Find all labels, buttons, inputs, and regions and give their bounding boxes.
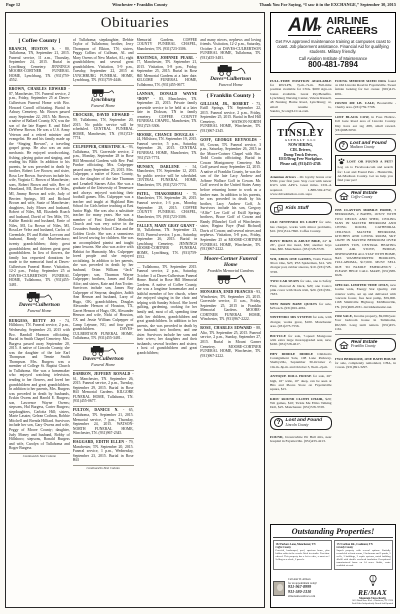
header-right: Thank You For Saying, “I saw it in the E… (259, 2, 396, 7)
obituary-haggard: HAGGARD, EDITH ELLEN - 79, Manchester, T… (73, 439, 134, 466)
page-number: Page 12 (6, 2, 20, 7)
obituary-burgess-continued: of Tullahoma; stepdaughter, Debbie Taylo… (73, 36, 134, 86)
daves-culbertson-logo: Daves=Culbertson Funeral Home (9, 290, 70, 317)
lost-and-found-madison-badge: ? Lost and FoundMadison County (335, 138, 397, 152)
obituary-moore: MOORE, CHANCE DOUGLAS - 24, Hillsboro, T… (137, 131, 198, 163)
airline-careers-ad: AM✈ AIRLINE CAREERS Get FAA approved mai… (270, 12, 396, 73)
classified-found-calf: FOUND 400 LB. CALF, Booneville - Charity… (335, 99, 397, 113)
obituary-branch: BRANCH, HUSTON S. - 80, Tullahoma, TN, S… (9, 45, 70, 86)
lost-or-found-pet-box: LOST OR FOUND A PET? Log on to Facebook.… (335, 155, 397, 186)
classified-nintendo-ds: OLD NINTENDO DS LIGHT for sale, has char… (270, 218, 332, 236)
carriage-icon (214, 65, 248, 76)
obituary-burgess: BURGESS, BETTY JO - 74, Hillsboro, TN. F… (9, 317, 70, 453)
obituary-patel: PATEL, THAKORBHAI - 70, Manchester, TN. … (137, 190, 198, 222)
obituary-lannan: LANNAN, DONALD WAYNE “DON” - 83, Manches… (137, 90, 198, 131)
obituary-hastings: HASTINGS, JOHNNIE PEARL - 77, Manchester… (137, 54, 198, 90)
carriage-icon (90, 88, 116, 97)
classifieds-right-column: YOUNG MEDIUM SIZED DOG found on Old Linc… (335, 77, 397, 522)
lynchburg-funeral-home-logo: Lynchburg Funeral Home (73, 86, 134, 112)
obituaries-columns: [ Coffee County ] BRANCH, HUSTON S. - 80… (9, 36, 261, 602)
obituary-haggard-continued: Memorial Gardens. COFFEE COUNTY FUNERAL … (137, 36, 198, 54)
classified-kids-chair: KIDS' ROUND CLOTH CHAIR, $20; Wii games,… (270, 395, 332, 413)
property-listing-2: 172 Carlton Rd., Coalmont, TN Grundy Cou… (334, 540, 393, 569)
continued-note-col1: Continued In Next Column (9, 454, 70, 459)
franklin-county-header: { Franklin County } (200, 93, 261, 99)
classified-fulltime-position: FULL-TIME POSITION AVAILABLE for RN/LPN,… (270, 77, 332, 117)
classified-doll-house: ANTIQUE DOLL HOUSE for sale, 26″ high, 1… (270, 372, 332, 395)
classified-hey-diddle-diddle: HEY DIDDLE DIDDLE Children's Consignment… (270, 350, 332, 373)
question-icon: ? (339, 141, 348, 150)
paw-icon (338, 158, 345, 165)
obituary-goff: GOFF, GEORGE REYNOLDS - 60, Cowan, TN. F… (200, 137, 261, 255)
classified-baby-quilts: NEW BORN BABY QUILTS for sale, $25/each.… (270, 300, 332, 314)
obituary-partially-legible: — Tullahoma, TN. September 2015. Funeral… (137, 263, 198, 357)
continued-note-col2: Continued In Next Column (73, 466, 134, 471)
obituaries-column-4: and many nieces, nephews and loving frie… (200, 36, 261, 602)
classifieds-area: FULL-TIME POSITION AVAILABLE for RN/LPN,… (270, 77, 396, 522)
daves-culbertson-logo: Daves=Culbertson Funeral Home (200, 63, 261, 91)
coffee-county-header: [ Coffee County ] (9, 38, 70, 44)
classified-car-seats: TWO CAR SEATS for sale, one is Safety Fi… (270, 277, 332, 300)
obituary-culpepper: CULPEPPER, CHRISTINE A. - 93, Tullahoma,… (73, 144, 134, 344)
obituary-crocker: CROCKER, DAVID EDWARD - 59, Tullahoma, T… (73, 112, 134, 144)
moore-cortner-logo: Moore-Cortner Funeral Home Franklin Memo… (200, 255, 261, 289)
classified-bicycle: BICYCLE for sale, 7-speed Mongoose with … (270, 332, 332, 350)
am-logo: AM✈ (288, 17, 321, 36)
lost-and-found-lincoln-badge: ? Lost and FoundLincoln County (270, 416, 332, 430)
carriage-icon (24, 292, 54, 302)
obituary-fulton: FULTON, DANICE N. - 65, Tullahoma, TN. S… (73, 407, 134, 439)
obituary-gilliam: GILLIAM, JR., ROBERT - 73, Estill Spring… (200, 100, 261, 136)
page-header: Page 12 Winchester • Franklin County Tha… (6, 2, 396, 7)
classified-lost-cow: LOST BLACK COW, in Foss Hollow-Toll Gate… (335, 113, 397, 136)
carriage-icon (215, 273, 247, 284)
plane-icon: ✈ (314, 24, 323, 33)
question-icon: ? (274, 418, 283, 427)
obituaries-column-1: [ Coffee County ] BRANCH, HUSTON S. - 80… (9, 36, 70, 602)
balloon-icon (369, 575, 377, 586)
house-icon (339, 192, 349, 200)
daves-culbertson-logo: Daves=Culbertson Funeral Home (73, 344, 134, 371)
classified-found-pitbull: FOUND, brown/white Pit Bull mix, near ho… (270, 433, 332, 446)
obituaries-column-3: Memorial Gardens. COFFEE COUNTY FUNERAL … (137, 36, 198, 602)
property-listing-1: 192 Parkers Lane, Manchester, TN Coffee … (273, 540, 332, 569)
airline-ad-phone: 800-481-7894 (273, 61, 393, 69)
right-rail: AM✈ AIRLINE CAREERS Get FAA approved mai… (270, 12, 396, 608)
classified-found-dog: YOUNG MEDIUM SIZED DOG found on Old Linc… (335, 77, 397, 100)
obituary-partially-legible-continued: and many nieces, nephews and loving frie… (200, 36, 261, 63)
obituaries-title: Obituaries (9, 15, 261, 34)
remax-brand: RE/MAX Mountain Views Realty 1410 Dinah … (352, 572, 393, 605)
obituary-talley: TALLEY, MARY GRAY GRANT - 58, Tullahoma,… (137, 222, 198, 263)
kids-stuff-badge: Kids Stuff (270, 202, 332, 215)
obituaries-box: Obituaries [ Coffee County ] BRANCH, HUS… (5, 12, 265, 608)
classifieds-left-column: FULL-TIME POSITION AVAILABLE for RN/LPN,… (270, 77, 332, 522)
outstanding-properties-ad: Outstanding Properties! 192 Parkers Lane… (270, 524, 396, 608)
classified-income-property: FOR SALE, Income property, $9,000/year. … (335, 312, 397, 335)
airline-ad-body: Get FAA approved maintenance training at… (273, 39, 393, 55)
agent-website: allisonann.realtracs.com (288, 595, 317, 598)
classified-attention-drivers: Attention drivers - 2K loyalty bonus ove… (270, 173, 332, 200)
classified-special-double-wide: SPECIAL LIMITED TIME ONLY, new double wi… (335, 281, 397, 312)
tinsley-ad-body: NOW HIRING, CDL Drivers, Dump Truck Driv… (272, 143, 330, 167)
obituaries-column-2: of Tullahoma; stepdaughter, Debbie Taylo… (73, 36, 134, 602)
classified-nintendo-3ds: NINTENDO 3DS SYSTEM for sale, with charg… (270, 313, 332, 331)
obituary-rose: ROSE, CHARLES EDWARD - 88, Alto, TN. Sep… (200, 325, 261, 360)
tinsley-asphalt-ad: TINSLEY ASPHALT LLC NOW HIRING, CDL Driv… (270, 119, 332, 171)
obituary-damron: DAMRON, JEFFERY RONALD - 61, Manchester,… (73, 371, 134, 407)
real-estate-franklin-badge: Real EstateFranklin County (335, 338, 397, 352)
header-center: Winchester • Franklin County (112, 2, 167, 7)
airline-careers-title: AIRLINE CAREERS (326, 16, 377, 37)
obituary-brown: BROWN, CHARLES EDWARD - 87, Manchester, … (9, 86, 70, 291)
classified-two-bedroom-house: TWO BEDROOM, ONE BATH HOUSE for sale, co… (335, 355, 397, 372)
real-estate-coffee-badge: Real EstateCoffee County (335, 189, 397, 203)
classified-wii-xbox: WII, XBOX ONE GAMES, Trails Fusion Xbox … (270, 255, 332, 278)
classified-clayton-mobile-home: 1995 CLAYTON MOBILE HOME, 3 BEDROOMS, 2 … (335, 206, 397, 281)
blocks-icon (274, 205, 283, 213)
obituary-munsey: MUNSEY, DARLENE - 54, Manchester, TN. Se… (137, 163, 198, 190)
agent-contact: Call Ann W. Allison for an appointment t… (288, 578, 317, 598)
classified-boys-bikes: BOYS' BIKES & ADULT BIKE, 24″ & 26″, goo… (270, 237, 332, 255)
house-icon (339, 341, 349, 349)
agent-photo (273, 581, 285, 596)
obituary-monahan: MONAHAN, ENID FRANCES - 93, Winchester, … (200, 289, 261, 325)
carriage-icon (88, 346, 118, 356)
outstanding-properties-title: Outstanding Properties! (273, 527, 393, 538)
